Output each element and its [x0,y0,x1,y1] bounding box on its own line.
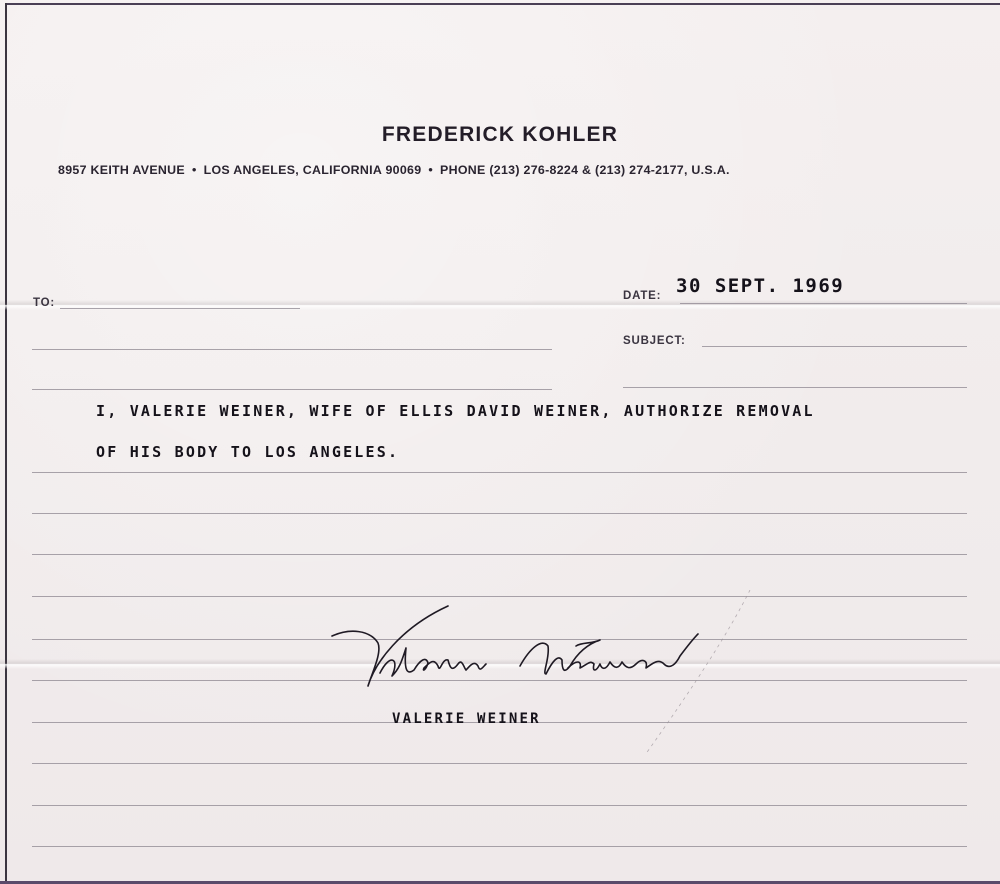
ruled-line [623,387,967,388]
letterhead-address: 8957 KEITH AVENUE•LOS ANGELES, CALIFORNI… [58,163,968,177]
ruled-line [32,349,552,350]
ruled-line [32,763,967,764]
ruled-line [32,596,967,597]
date-field-line [680,303,967,304]
ruled-line [32,513,967,514]
to-label: TO: [33,297,55,309]
page-border-top [5,3,1000,5]
ruled-line [32,554,967,555]
bullet-separator-icon: • [192,163,197,177]
ruled-line [32,846,967,847]
address-street: 8957 KEITH AVENUE [58,163,185,177]
date-label: DATE: [623,290,661,302]
address-city: LOS ANGELES, CALIFORNIA 90069 [204,163,422,177]
date-value: 30 SEPT. 1969 [676,275,844,297]
body-line-1: I, VALERIE WEINER, WIFE OF ELLIS DAVID W… [96,402,815,420]
bullet-separator-icon: • [428,163,433,177]
to-field-line [60,308,300,309]
subject-label: SUBJECT: [623,335,686,347]
ruled-line [32,389,552,390]
body-line-2: OF HIS BODY TO LOS ANGELES. [96,443,399,461]
typed-signature-name: VALERIE WEINER [392,711,541,727]
pencil-scratch-mark [640,590,760,760]
ruled-line [32,805,967,806]
ruled-line [32,472,967,473]
subject-field-line [702,346,967,347]
address-phone: PHONE (213) 276-8224 & (213) 274-2177, U… [440,163,730,177]
letterhead-name: FREDERICK KOHLER [0,123,1000,147]
